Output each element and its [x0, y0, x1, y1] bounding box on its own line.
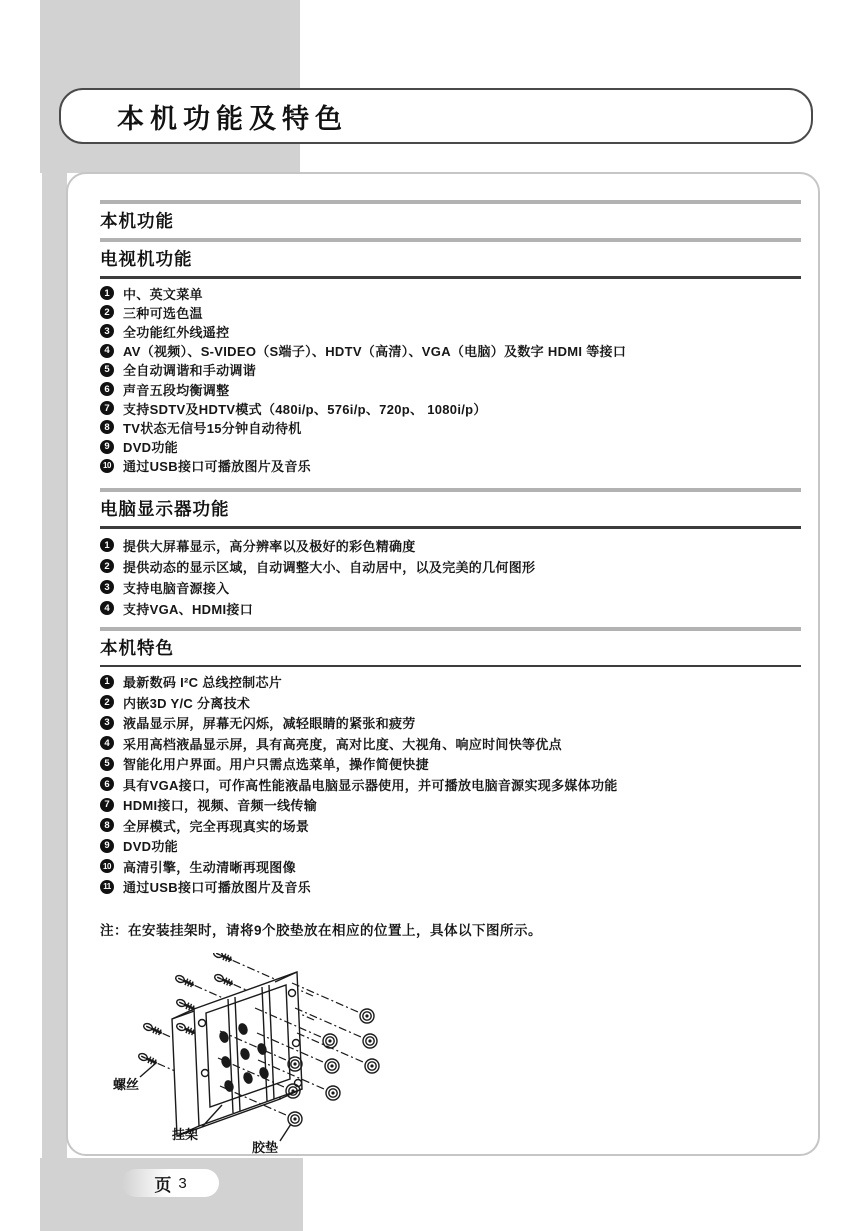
item-text: HDMI接口，视频、音频一线传输 — [123, 795, 317, 814]
gray-shadow-band — [42, 0, 67, 1231]
item-text: 通过USB接口可播放图片及音乐 — [123, 877, 311, 896]
item-text: 支持SDTV及HDTV模式（480i/p、576i/p、720p、 1080i/… — [123, 399, 487, 418]
feature-item: 2提供动态的显示区域，自动调整大小、自动居中，以及完美的几何图形 — [100, 556, 801, 577]
item-number-badge: 4 — [100, 601, 114, 615]
item-number-badge: 3 — [100, 716, 114, 730]
item-text: 液晶显示屏，屏幕无闪烁，减轻眼睛的紧张和疲劳 — [123, 713, 416, 732]
item-number-badge: 9 — [100, 440, 114, 454]
item-text: 高清引擎，生动清晰再现图像 — [123, 857, 296, 876]
item-text: 提供大屏幕显示，高分辨率以及极好的彩色精确度 — [123, 536, 416, 555]
label-screw: 螺丝 — [113, 1077, 139, 1092]
title-box: 本机功能及特色 — [59, 88, 813, 144]
feature-item: 3液晶显示屏，屏幕无闪烁，减轻眼睛的紧张和疲劳 — [100, 712, 801, 733]
page-number-value: 3 — [178, 1175, 186, 1192]
item-number-badge: 10 — [100, 459, 114, 473]
item-number-badge: 2 — [100, 695, 114, 709]
page-number-pill: 页 3 — [122, 1169, 219, 1197]
feature-item: 4采用高档液晶显示屏，具有高亮度，高对比度、大视角、响应时间快等优点 — [100, 733, 801, 754]
section-rule-dark — [100, 526, 801, 529]
content-panel: 本机功能 电视机功能 1中、英文菜单2三种可选色温3全功能红外线遥控4AV（视频… — [66, 172, 820, 1156]
item-text: 声音五段均衡调整 — [123, 380, 229, 399]
feature-item: 5智能化用户界面。用户只需点选菜单，操作简便快捷 — [100, 753, 801, 774]
item-number-badge: 3 — [100, 580, 114, 594]
item-text: 全自动调谐和手动调谐 — [123, 360, 256, 379]
page-number-label: 页 — [154, 1171, 171, 1196]
feature-item: 9DVD功能 — [100, 437, 801, 456]
bracket-drawing — [172, 972, 302, 1136]
item-text: 全屏模式，完全再现真实的场景 — [123, 816, 309, 835]
section-header-machine-features: 本机特色 — [100, 635, 801, 661]
feature-item: 5全自动调谐和手动调谐 — [100, 360, 801, 379]
item-number-badge: 4 — [100, 736, 114, 750]
label-pad: 胶垫 — [252, 1140, 278, 1155]
section-header-pc-monitor-functions: 电脑显示器功能 — [100, 496, 801, 522]
item-number-badge: 1 — [100, 675, 114, 689]
pc-function-list: 1提供大屏幕显示，高分辨率以及极好的彩色精确度2提供动态的显示区域，自动调整大小… — [100, 535, 801, 619]
item-number-badge: 2 — [100, 305, 114, 319]
item-text: DVD功能 — [123, 437, 178, 456]
item-text: TV状态无信号15分钟自动待机 — [123, 418, 302, 437]
section-rule — [100, 200, 801, 204]
item-number-badge: 1 — [100, 286, 114, 300]
section-rule — [100, 488, 801, 492]
mount-diagram: 螺丝 挂架 胶垫 — [112, 953, 442, 1168]
manual-page: 本机功能及特色 本机功能 电视机功能 1中、英文菜单2三种可选色温3全功能红外线… — [0, 0, 852, 1231]
feature-item: 1中、英文菜单 — [100, 284, 801, 303]
tv-function-list: 1中、英文菜单2三种可选色温3全功能红外线遥控4AV（视频）、S-VIDEO（S… — [100, 284, 801, 476]
item-text: 支持电脑音源接入 — [123, 578, 229, 597]
feature-item: 7HDMI接口，视频、音频一线传输 — [100, 794, 801, 815]
item-number-badge: 4 — [100, 344, 114, 358]
section-rule — [100, 627, 801, 631]
item-number-badge: 8 — [100, 818, 114, 832]
feature-item: 10通过USB接口可播放图片及音乐 — [100, 456, 801, 475]
item-text: 支持VGA、HDMI接口 — [123, 599, 253, 618]
item-number-badge: 7 — [100, 401, 114, 415]
feature-item: 6具有VGA接口，可作高性能液晶电脑显示器使用，并可播放电脑音源实现多媒体功能 — [100, 774, 801, 795]
mount-diagram-container: 螺丝 挂架 胶垫 — [112, 953, 801, 1173]
section-rule — [100, 238, 801, 242]
item-text: 提供动态的显示区域，自动调整大小、自动居中，以及完美的几何图形 — [123, 557, 535, 576]
feature-item: 2三种可选色温 — [100, 303, 801, 322]
feature-item: 2内嵌3D Y/C 分离技术 — [100, 692, 801, 713]
item-number-badge: 3 — [100, 324, 114, 338]
item-number-badge: 10 — [100, 859, 114, 873]
item-number-badge: 2 — [100, 559, 114, 573]
item-number-badge: 9 — [100, 839, 114, 853]
feature-list: 1最新数码 I²C 总线控制芯片2内嵌3D Y/C 分离技术3液晶显示屏，屏幕无… — [100, 671, 801, 897]
section-header-machine-functions: 本机功能 — [100, 208, 801, 234]
feature-item: 8全屏模式，完全再现真实的场景 — [100, 815, 801, 836]
item-text: DVD功能 — [123, 836, 178, 855]
item-text: 中、英文菜单 — [123, 284, 203, 303]
section-header-tv-functions: 电视机功能 — [100, 246, 801, 272]
item-number-badge: 1 — [100, 538, 114, 552]
item-number-badge: 11 — [100, 880, 114, 894]
section-rule-dark — [100, 276, 801, 279]
item-number-badge: 8 — [100, 420, 114, 434]
item-number-badge: 6 — [100, 382, 114, 396]
feature-item: 4支持VGA、HDMI接口 — [100, 598, 801, 619]
item-number-badge: 5 — [100, 757, 114, 771]
feature-item: 3全功能红外线遥控 — [100, 322, 801, 341]
feature-item: 11通过USB接口可播放图片及音乐 — [100, 876, 801, 897]
feature-item: 10高清引擎，生动清晰再现图像 — [100, 856, 801, 877]
item-number-badge: 6 — [100, 777, 114, 791]
feature-item: 3支持电脑音源接入 — [100, 577, 801, 598]
item-text: 最新数码 I²C 总线控制芯片 — [123, 672, 282, 691]
item-text: 通过USB接口可播放图片及音乐 — [123, 456, 311, 475]
item-text: 三种可选色温 — [123, 303, 203, 322]
item-text: 智能化用户界面。用户只需点选菜单，操作简便快捷 — [123, 754, 429, 773]
note-text: 注：在安装挂架时，请将9个胶垫放在相应的位置上，具体以下图所示。 — [100, 919, 801, 939]
gray-block-top — [40, 0, 300, 173]
item-text: 具有VGA接口，可作高性能液晶电脑显示器使用，并可播放电脑音源实现多媒体功能 — [123, 775, 618, 794]
feature-item: 6声音五段均衡调整 — [100, 379, 801, 398]
item-text: 全功能红外线遥控 — [123, 322, 229, 341]
item-number-badge: 7 — [100, 798, 114, 812]
page-title: 本机功能及特色 — [117, 97, 348, 136]
feature-item: 8TV状态无信号15分钟自动待机 — [100, 418, 801, 437]
feature-item: 4AV（视频）、S-VIDEO（S端子）、HDTV（高清）、VGA（电脑）及数字… — [100, 341, 801, 360]
feature-item: 1最新数码 I²C 总线控制芯片 — [100, 671, 801, 692]
feature-item: 9DVD功能 — [100, 835, 801, 856]
feature-item: 7支持SDTV及HDTV模式（480i/p、576i/p、720p、 1080i… — [100, 399, 801, 418]
label-bracket: 挂架 — [171, 1127, 198, 1142]
feature-item: 1提供大屏幕显示，高分辨率以及极好的彩色精确度 — [100, 535, 801, 556]
section-rule-dark — [100, 665, 801, 668]
item-number-badge: 5 — [100, 363, 114, 377]
item-text: 内嵌3D Y/C 分离技术 — [123, 693, 250, 712]
item-text: AV（视频）、S-VIDEO（S端子）、HDTV（高清）、VGA（电脑）及数字 … — [123, 341, 626, 360]
item-text: 采用高档液晶显示屏，具有高亮度，高对比度、大视角、响应时间快等优点 — [123, 734, 562, 753]
